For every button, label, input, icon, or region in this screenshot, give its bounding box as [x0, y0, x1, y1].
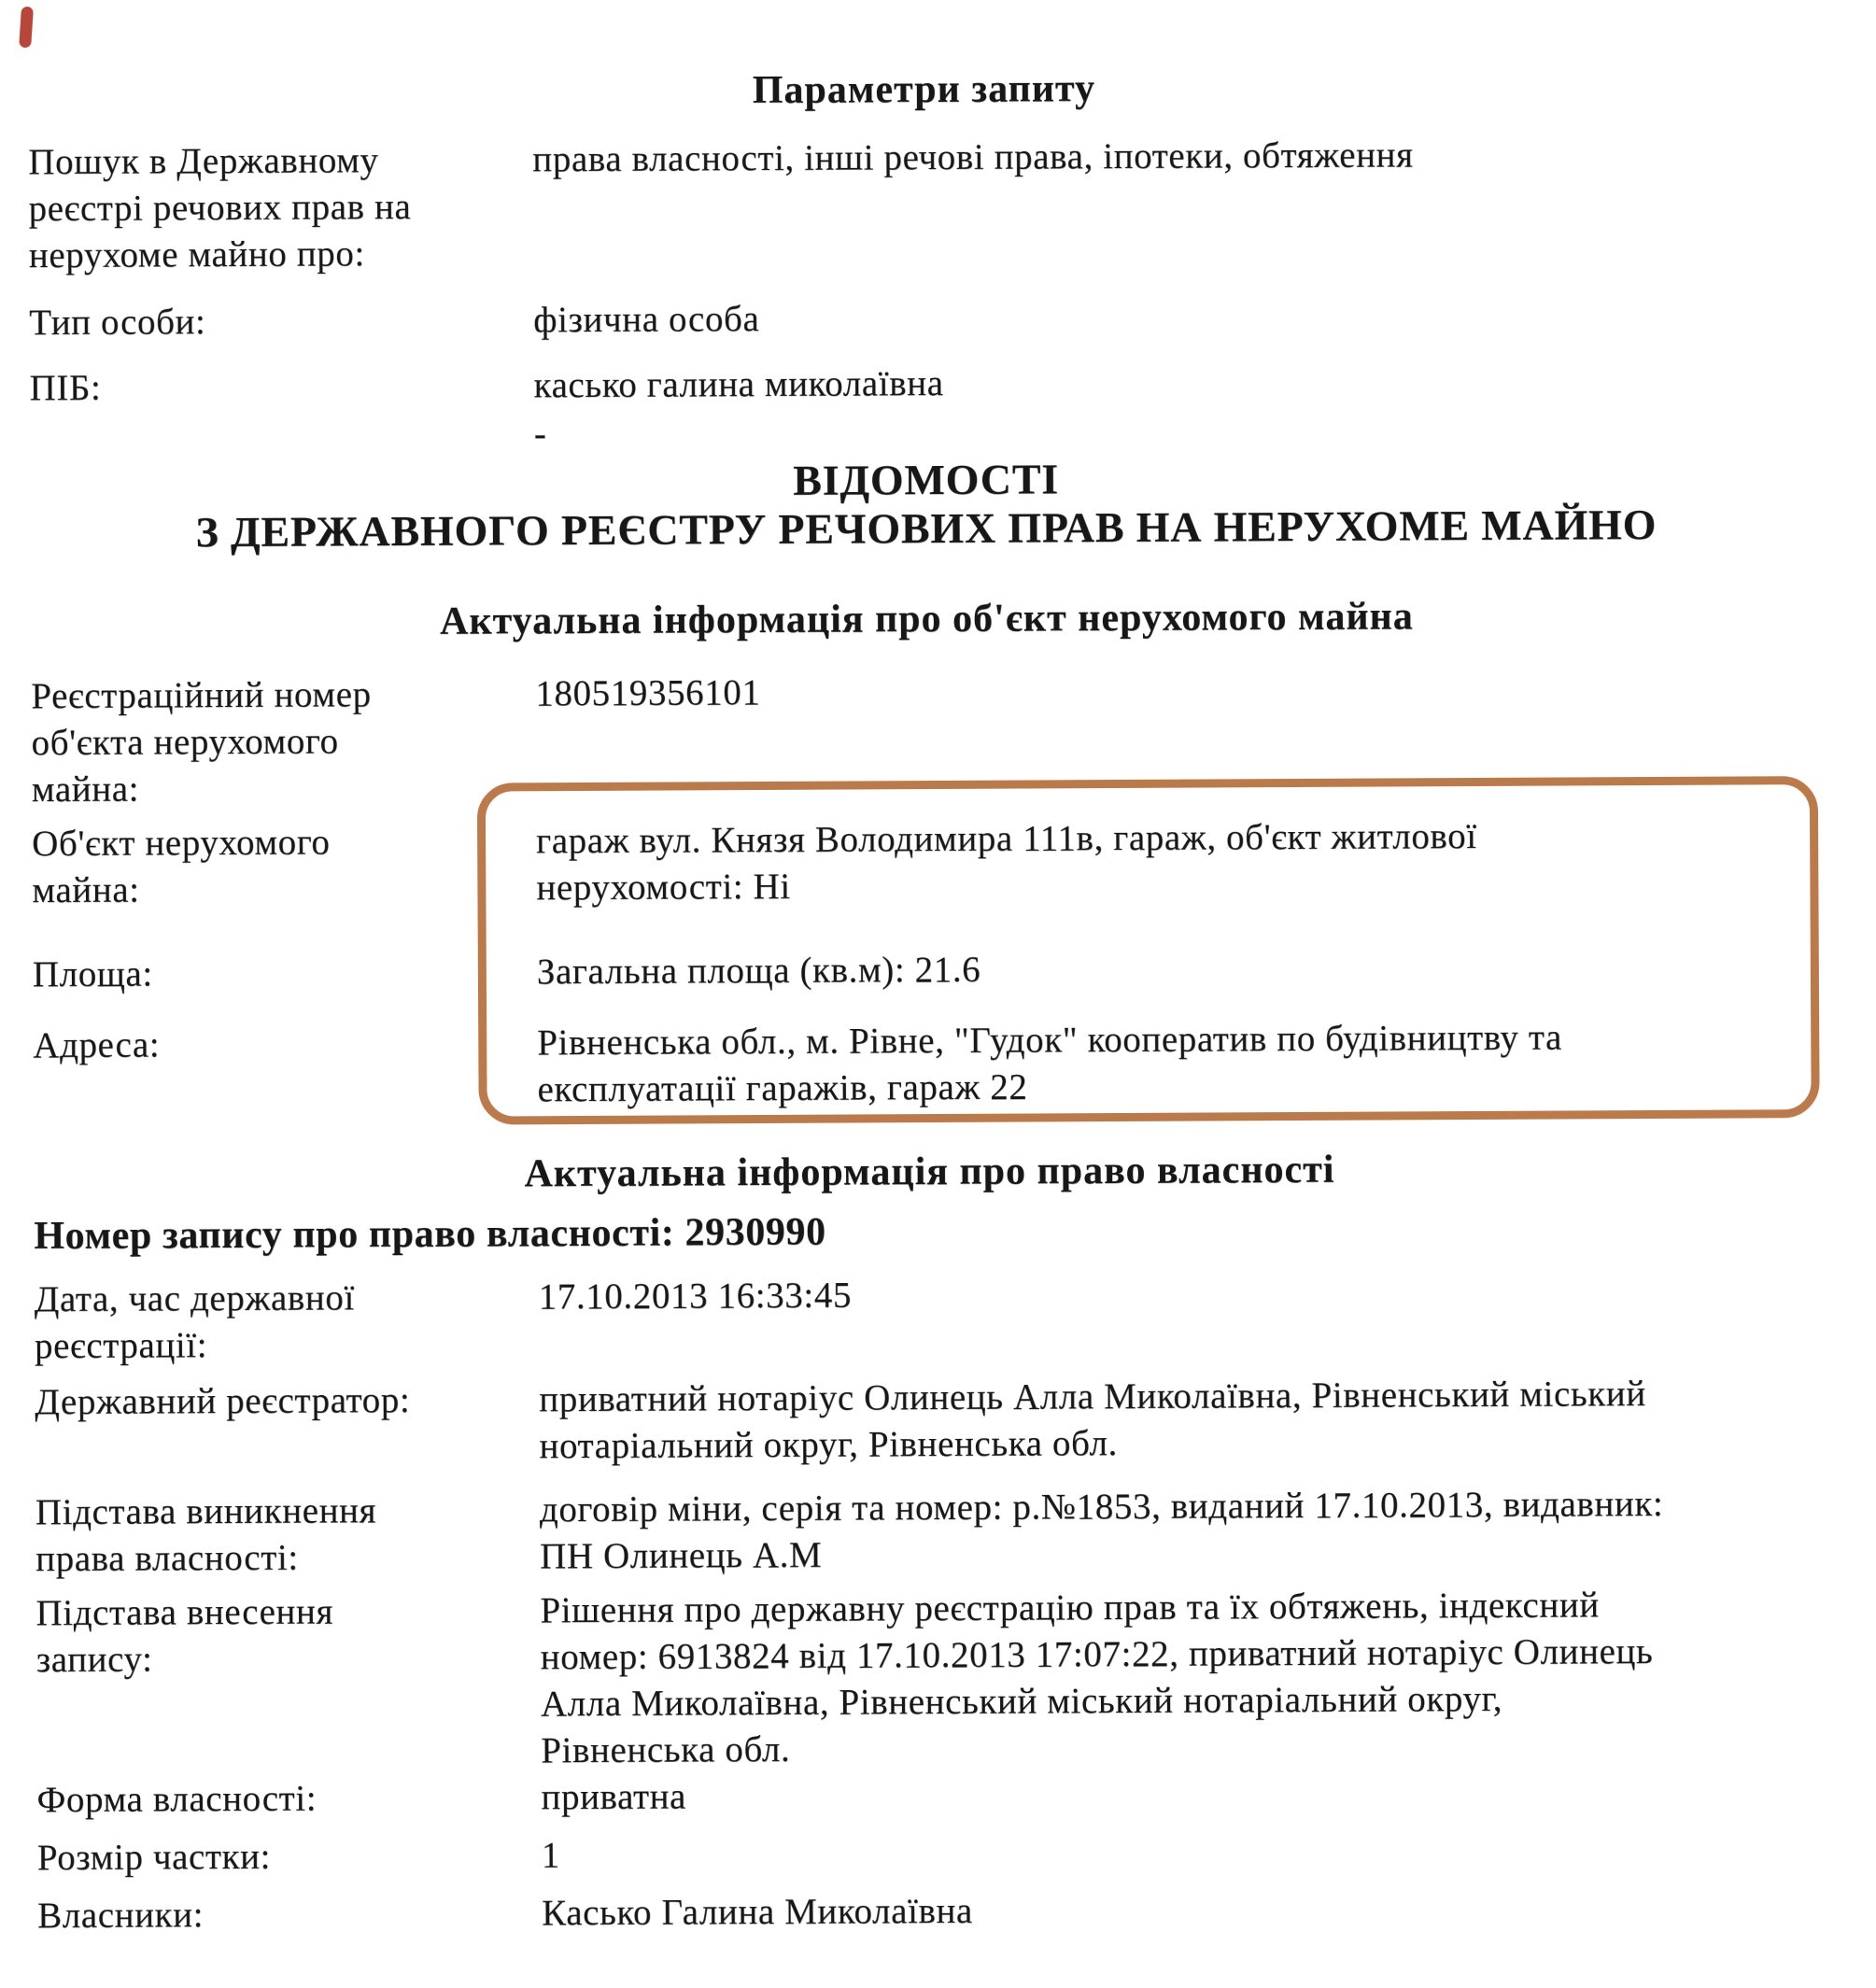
- row-label: Підстава внесення запису:: [35, 1587, 541, 1777]
- state-registrar-row: Державний реєстратор: приватний нотаріус…: [35, 1370, 1827, 1473]
- row-value: Рівненська обл., м. Рівне, "Гудок" коопе…: [537, 1013, 1826, 1113]
- ownership-info-title: Актуальна інформація про право власності: [34, 1144, 1826, 1200]
- main-heading-line2: З ДЕРЖАВНОГО РЕЄСТРУ РЕЧОВИХ ПРАВ НА НЕР…: [30, 500, 1822, 557]
- row-label: ПІБ:: [29, 362, 533, 412]
- separator-dash: -: [534, 404, 1822, 458]
- query-params-title: Параметри запиту: [28, 63, 1820, 117]
- object-row: Об'єкт нерухомого майна: гараж вул. Княз…: [32, 811, 1824, 914]
- row-label: Розмір частки:: [37, 1832, 542, 1882]
- row-value: приватний нотаріус Олинець Алла Миколаїв…: [539, 1370, 1827, 1470]
- row-value: 17.10.2013 16:33:45: [539, 1267, 1827, 1367]
- share-size-row: Розмір частки: 1: [37, 1826, 1829, 1882]
- record-basis-row: Підстава внесення запису: Рішення про де…: [35, 1581, 1828, 1777]
- row-value: касько галина миколаївна: [533, 356, 1821, 409]
- row-value: гараж вул. Князя Володимира 111в, гараж,…: [536, 811, 1825, 911]
- row-value: договір міни, серія та номер: р.№1853, в…: [540, 1480, 1828, 1580]
- row-label: Підстава виникнення права власності:: [35, 1487, 541, 1583]
- row-value: Загальна площа (кв.м): 21.6: [537, 942, 1825, 995]
- row-label: Пошук в Державному реєстрі речових прав …: [28, 136, 533, 279]
- query-row-person-type: Тип особи: фізична особа: [29, 290, 1821, 346]
- ownership-form-row: Форма власності: приватна: [36, 1768, 1828, 1824]
- row-label: Форма власності:: [36, 1774, 541, 1824]
- highlighted-object-details: Об'єкт нерухомого майна: гараж вул. Княз…: [32, 811, 1826, 1116]
- row-value: 1: [542, 1826, 1829, 1879]
- query-params-section: Пошук в Державному реєстрі речових прав …: [28, 130, 1822, 460]
- row-value: приватна: [541, 1768, 1828, 1821]
- registration-number-row: Реєстраційний номер об'єкта нерухомого м…: [31, 664, 1824, 813]
- area-row: Площа: Загальна площа (кв.м): 21.6: [33, 942, 1825, 998]
- owners-row: Власники: Касько Галина Миколаївна: [37, 1883, 1829, 1939]
- row-label: Тип особи:: [29, 297, 533, 346]
- query-row-search: Пошук в Державному реєстрі речових прав …: [28, 130, 1821, 279]
- row-value: фізична особа: [533, 290, 1821, 344]
- query-row-full-name: ПІБ: касько галина миколаївна: [29, 356, 1821, 412]
- row-label: Об'єкт нерухомого майна:: [32, 818, 537, 914]
- registration-date-row: Дата, час державної реєстрації: 17.10.20…: [35, 1267, 1827, 1370]
- address-row: Адреса: Рівненська обл., м. Рівне, "Гудо…: [33, 1013, 1825, 1116]
- registration-number-value: 180519356101: [535, 664, 1824, 811]
- row-value: права власності, інші речові права, іпот…: [532, 130, 1821, 276]
- separator-dash-row: -: [30, 404, 1822, 460]
- row-label: Реєстраційний номер об'єкта нерухомого м…: [31, 670, 536, 813]
- object-info-title: Актуальна інформація про об'єкт нерухомо…: [31, 591, 1823, 647]
- row-label: Дата, час державної реєстрації:: [35, 1274, 540, 1370]
- row-label: Державний реєстратор:: [35, 1376, 540, 1473]
- scanned-registry-document: Параметри запиту Пошук в Державному реєс…: [0, 0, 1876, 1988]
- row-label: [30, 411, 534, 460]
- ownership-basis-row: Підстава виникнення права власності: дог…: [35, 1480, 1827, 1583]
- row-label: Площа:: [33, 949, 537, 998]
- main-heading: ВІДОМОСТІ З ДЕРЖАВНОГО РЕЄСТРУ РЕЧОВИХ П…: [30, 451, 1823, 557]
- row-label: Адреса:: [33, 1020, 538, 1116]
- row-value: Рішення про державну реєстрацію прав та …: [540, 1581, 1828, 1774]
- row-label: Власники:: [37, 1890, 542, 1939]
- row-value: Касько Галина Миколаївна: [542, 1883, 1829, 1937]
- ownership-record-number: Номер запису про право власності: 293099…: [34, 1205, 1826, 1258]
